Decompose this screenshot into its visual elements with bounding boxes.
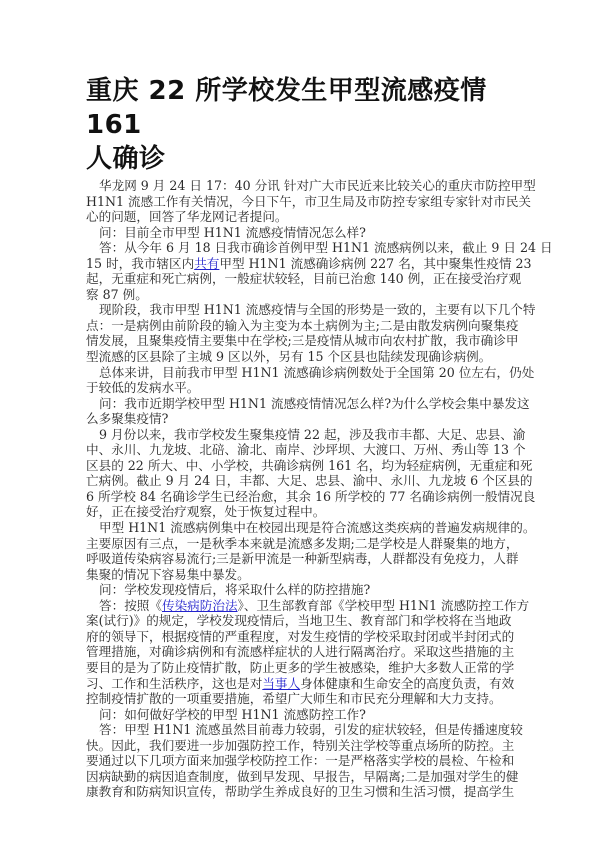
text-line: 案(试行)》的规定，学校发现疫情后，当地卫生、教育部门和学校将在当地政 xyxy=(86,613,508,629)
text-segment: 华龙网 9 月 24 日 17：40 分讯 针对广大市民近来比较关心的重庆市防控… xyxy=(99,178,536,193)
text-line: 问：如何做好学校的甲型 H1N1 流感防控工作? xyxy=(86,707,508,723)
text-line: 主要原因有三点，一是秋季本来就是流感多发期;二是学校是人群聚集的地方， xyxy=(86,536,508,552)
inline-link[interactable]: 当事人 xyxy=(262,676,300,691)
text-segment: 心的问题，回答了华龙网记者提问。 xyxy=(86,209,288,224)
text-segment: 康教育和防病知识宣传，帮助学生养成良好的卫生习惯和生活习惯，提高学生 xyxy=(86,784,514,799)
text-line: 9 月份以来，我市学校发生聚集疫情 22 起，涉及我市丰都、大足、忠县、渝 xyxy=(86,427,508,443)
title-line-2: 人确诊 xyxy=(86,142,508,176)
text-line: 15 时，我市辖区内共有甲型 H1N1 流感确诊病例 227 名，其中聚集性疫情… xyxy=(86,256,508,272)
text-line: 问：我市近期学校甲型 H1N1 流感疫情情况怎么样?为什么学校会集中暴发这 xyxy=(86,396,508,412)
text-segment: 集聚的情况下容易集中暴发。 xyxy=(86,567,250,582)
article-body: 华龙网 9 月 24 日 17：40 分讯 针对广大市民近来比较关心的重庆市防控… xyxy=(86,178,508,800)
text-line: 点：一是病例由前阶段的输入为主变为本土病例为主;二是由散发病例向聚集疫 xyxy=(86,318,508,334)
text-line: 亡病例。截止 9 月 24 日，丰都、大足、忠县、渝中、永川、九龙坡 6 个区县… xyxy=(86,473,508,489)
text-line: 总体来讲，目前我市甲型 H1N1 流感确诊病例数处于全国第 20 位左右，仍处 xyxy=(86,365,508,381)
inline-link[interactable]: 传染病防治法 xyxy=(162,598,238,613)
text-segment: 主要原因有三点，一是秋季本来就是流感多发期;二是学校是人群聚集的地方， xyxy=(86,536,518,551)
text-line: 现阶段，我市甲型 H1N1 流感疫情与全国的形势是一致的，主要有以下几个特 xyxy=(86,302,508,318)
inline-link[interactable]: 共有 xyxy=(194,256,219,271)
text-segment: 府的领导下，根据疫情的严重程度，对发生疫情的学校采取封闭或半封闭式的 xyxy=(86,629,514,644)
text-segment: 答：甲型 H1N1 流感虽然目前毒力较弱，引发的症状较轻，但是传播速度较 xyxy=(99,722,523,737)
text-segment: 区县的 22 所大、中、小学校，共确诊病例 161 名，均为轻症病例，无重症和死 xyxy=(86,458,532,473)
text-segment: 》、卫生部教育部《学校甲型 H1N1 流感防控工作方 xyxy=(238,598,530,613)
text-segment: 中、永川、九龙坡、北碚、渝北、南岸、沙坪坝、大渡口、万州、秀山等 13 个 xyxy=(86,442,526,457)
text-line: 习、工作和生活秩序，这也是对当事人身体健康和生命安全的高度负责，有效 xyxy=(86,676,508,692)
text-segment: 问：目前全市甲型 H1N1 流感疫情情况怎么样? xyxy=(99,225,366,240)
text-line: 问：学校发现疫情后，将采取什么样的防控措施? xyxy=(86,582,508,598)
text-segment: 因病缺勤的病因追查制度，做到早发现、早报告，早隔离;二是加强对学生的健 xyxy=(86,769,518,784)
text-line: 情发展，且聚集疫情主要集中在学校;三是疫情从城市向农村扩散，我市确诊甲 xyxy=(86,333,508,349)
text-segment: 要通过以下几项方面来加强学校防控工作：一是严格落实学校的晨检、午检和 xyxy=(86,753,514,768)
text-segment: 点：一是病例由前阶段的输入为主变为本土病例为主;二是由散发病例向聚集疫 xyxy=(86,318,518,333)
text-line: 府的领导下，根据疫情的严重程度，对发生疫情的学校采取封闭或半封闭式的 xyxy=(86,629,508,645)
text-segment: 6 所学校 84 名确诊学生已经治愈，其余 16 所学校的 77 名确诊病例一般… xyxy=(86,489,535,504)
text-line: 于较低的发病水平。 xyxy=(86,380,508,396)
text-segment: 9 月份以来，我市学校发生聚集疫情 22 起，涉及我市丰都、大足、忠县、渝 xyxy=(99,427,525,442)
text-segment: 呼吸道传染病容易流行;三是新甲流是一种新型病毒，人群都没有免疫力，人群 xyxy=(86,551,518,566)
text-line: 型流感的区县除了主城 9 区以外，另有 15 个区县也陆续发现确诊病例。 xyxy=(86,349,508,365)
text-line: 快。因此，我们要进一步加强防控工作，特别关注学校等重点场所的防控。主 xyxy=(86,738,508,754)
text-segment: 甲型 H1N1 流感病例集中在校园出现是符合流感这类疾病的普遍发病规律的。 xyxy=(99,520,535,535)
text-segment: 问：如何做好学校的甲型 H1N1 流感防控工作? xyxy=(99,707,366,722)
text-line: 答：按照《传染病防治法》、卫生部教育部《学校甲型 H1N1 流感防控工作方 xyxy=(86,598,508,614)
text-line: 华龙网 9 月 24 日 17：40 分讯 针对广大市民近来比较关心的重庆市防控… xyxy=(86,178,508,194)
document-page: 重庆 22 所学校发生甲型流感疫情 161 人确诊 华龙网 9 月 24 日 1… xyxy=(86,74,508,800)
text-line: 察 87 例。 xyxy=(86,287,508,303)
text-segment: 亡病例。截止 9 月 24 日，丰都、大足、忠县、渝中、永川、九龙坡 6 个区县… xyxy=(86,473,532,488)
text-line: 因病缺勤的病因追查制度，做到早发现、早报告，早隔离;二是加强对学生的健 xyxy=(86,769,508,785)
text-segment: 情发展，且聚集疫情主要集中在学校;三是疫情从城市向农村扩散，我市确诊甲 xyxy=(86,333,518,348)
text-line: 中、永川、九龙坡、北碚、渝北、南岸、沙坪坝、大渡口、万州、秀山等 13 个 xyxy=(86,442,508,458)
text-segment: 控制疫情扩散的一项重要措施，希望广大师生和市民充分理解和大力支持。 xyxy=(86,691,502,706)
text-segment: 要目的是为了防止疫情扩散，防止更多的学生被感染，维护大多数人正常的学 xyxy=(86,660,514,675)
text-line: 问：目前全市甲型 H1N1 流感疫情情况怎么样? xyxy=(86,225,508,241)
text-line: 答：从今年 6 月 18 日我市确诊首例甲型 H1N1 流感病例以来，截止 9 … xyxy=(86,240,508,256)
text-segment: 管理措施，对确诊病例和有流感样症状的人进行隔离治疗。采取这些措施的主 xyxy=(86,644,514,659)
text-segment: 现阶段，我市甲型 H1N1 流感疫情与全国的形势是一致的，主要有以下几个特 xyxy=(99,302,535,317)
text-segment: 甲型 H1N1 流感确诊病例 227 名，其中聚集性疫情 23 xyxy=(219,256,531,271)
text-line: 6 所学校 84 名确诊学生已经治愈，其余 16 所学校的 77 名确诊病例一般… xyxy=(86,489,508,505)
text-line: 管理措施，对确诊病例和有流感样症状的人进行隔离治疗。采取这些措施的主 xyxy=(86,644,508,660)
text-segment: 身体健康和生命安全的高度负责，有效 xyxy=(300,676,514,691)
text-segment: 快。因此，我们要进一步加强防控工作，特别关注学校等重点场所的防控。主 xyxy=(86,738,514,753)
text-segment: 15 时，我市辖区内 xyxy=(86,256,194,271)
text-line: 要目的是为了防止疫情扩散，防止更多的学生被感染，维护大多数人正常的学 xyxy=(86,660,508,676)
text-line: 集聚的情况下容易集中暴发。 xyxy=(86,567,508,583)
text-segment: 起，无重症和死亡病例，一般症状较轻，目前已治愈 140 例，正在接受治疗观 xyxy=(86,271,521,286)
text-line: H1N1 流感工作有关情况，今日下午，市卫生局及市防控专家组专家针对市民关 xyxy=(86,194,508,210)
text-segment: 么多聚集疫情? xyxy=(86,411,168,426)
article-title: 重庆 22 所学校发生甲型流感疫情 161 人确诊 xyxy=(86,74,508,176)
text-line: 么多聚集疫情? xyxy=(86,411,508,427)
text-segment: 问：学校发现疫情后，将采取什么样的防控措施? xyxy=(99,582,370,597)
text-segment: 习、工作和生活秩序，这也是对 xyxy=(86,676,262,691)
text-line: 康教育和防病知识宣传，帮助学生养成良好的卫生习惯和生活习惯，提高学生 xyxy=(86,784,508,800)
text-segment: 答：从今年 6 月 18 日我市确诊首例甲型 H1N1 流感病例以来，截止 9 … xyxy=(99,240,553,255)
text-segment: 案(试行)》的规定，学校发现疫情后，当地卫生、教育部门和学校将在当地政 xyxy=(86,613,511,628)
text-line: 控制疫情扩散的一项重要措施，希望广大师生和市民充分理解和大力支持。 xyxy=(86,691,508,707)
text-segment: 于较低的发病水平。 xyxy=(86,380,199,395)
text-line: 心的问题，回答了华龙网记者提问。 xyxy=(86,209,508,225)
text-line: 起，无重症和死亡病例，一般症状较轻，目前已治愈 140 例，正在接受治疗观 xyxy=(86,271,508,287)
text-line: 要通过以下几项方面来加强学校防控工作：一是严格落实学校的晨检、午检和 xyxy=(86,753,508,769)
text-segment: 型流感的区县除了主城 9 区以外，另有 15 个区县也陆续发现确诊病例。 xyxy=(86,349,491,364)
text-segment: H1N1 流感工作有关情况，今日下午，市卫生局及市防控专家组专家针对市民关 xyxy=(86,194,531,209)
text-segment: 问：我市近期学校甲型 H1N1 流感疫情情况怎么样?为什么学校会集中暴发这 xyxy=(99,396,530,411)
text-line: 好，正在接受治疗观察，处于恢复过程中。 xyxy=(86,504,508,520)
text-line: 甲型 H1N1 流感病例集中在校园出现是符合流感这类疾病的普遍发病规律的。 xyxy=(86,520,508,536)
text-line: 呼吸道传染病容易流行;三是新甲流是一种新型病毒，人群都没有免疫力，人群 xyxy=(86,551,508,567)
text-segment: 答：按照《 xyxy=(99,598,162,613)
text-line: 答：甲型 H1N1 流感虽然目前毒力较弱，引发的症状较轻，但是传播速度较 xyxy=(86,722,508,738)
text-segment: 察 87 例。 xyxy=(86,287,148,302)
title-line-1: 重庆 22 所学校发生甲型流感疫情 161 xyxy=(86,74,508,142)
text-line: 区县的 22 所大、中、小学校，共确诊病例 161 名，均为轻症病例，无重症和死 xyxy=(86,458,508,474)
text-segment: 总体来讲，目前我市甲型 H1N1 流感确诊病例数处于全国第 20 位左右，仍处 xyxy=(99,365,534,380)
text-segment: 好，正在接受治疗观察，处于恢复过程中。 xyxy=(86,504,325,519)
